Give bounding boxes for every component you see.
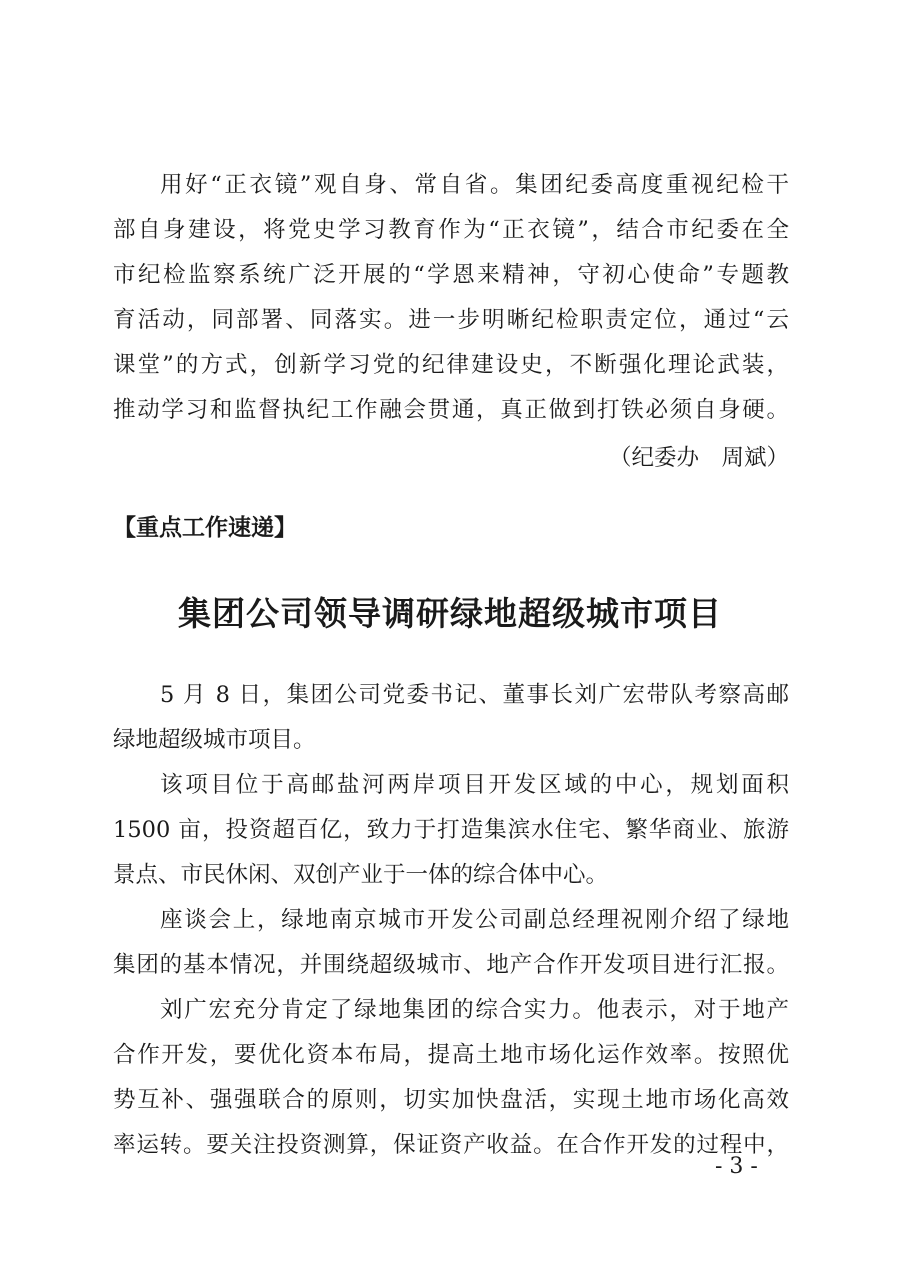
- text-line: 该项目位于高邮盐河两岸项目开发区域的中心，规划面积: [160, 770, 789, 800]
- text-line: 市纪检监察系统广泛开展的“学恩来精神，守初心使命”专题教: [113, 260, 789, 290]
- text-line: 推动学习和监督执纪工作融会贯通，真正做到打铁必须自身硬。: [113, 395, 789, 425]
- text-line: 刘广宏充分肯定了绿地集团的综合实力。他表示，对于地产: [160, 995, 789, 1025]
- text-line: 育活动，同部署、同落实。进一步明晰纪检职责定位，通过“云: [113, 305, 789, 335]
- page-number: - 3 -: [715, 1154, 758, 1179]
- section-header: 【重点工作速递】: [113, 509, 297, 542]
- text-line: 率运转。要关注投资测算，保证资产收益。在合作开发的过程中，: [113, 1130, 789, 1160]
- article-title: 集团公司领导调研绿地超级城市项目: [0, 588, 900, 635]
- text-line: 用好“正衣镜”观自身、常自省。集团纪委高度重视纪检干: [160, 170, 789, 200]
- text-line: 势互补、强强联合的原则，切实加快盘活，实现土地市场化高效: [113, 1085, 789, 1115]
- text-line: 5 月 8 日，集团公司党委书记、董事长刘广宏带队考察高邮: [160, 680, 789, 710]
- text-line: 绿地超级城市项目。: [113, 725, 789, 755]
- text-line: 座谈会上，绿地南京城市开发公司副总经理祝刚介绍了绿地: [160, 905, 789, 935]
- text-line: 合作开发，要优化资本布局，提高土地市场化运作效率。按照优: [113, 1040, 789, 1070]
- text-line: 景点、市民休闲、双创产业于一体的综合体中心。: [113, 860, 789, 890]
- text-line: 课堂”的方式，创新学习党的纪律建设史，不断强化理论武装，: [113, 350, 789, 380]
- text-line: 部自身建设，将党史学习教育作为“正衣镜”，结合市纪委在全: [113, 215, 789, 245]
- author-signature: （纪委办 周斌）: [609, 440, 789, 472]
- text-line: 集团的基本情况，并围绕超级城市、地产合作开发项目进行汇报。: [113, 950, 789, 980]
- text-line: 1500 亩，投资超百亿，致力于打造集滨水住宅、繁华商业、旅游: [113, 815, 789, 845]
